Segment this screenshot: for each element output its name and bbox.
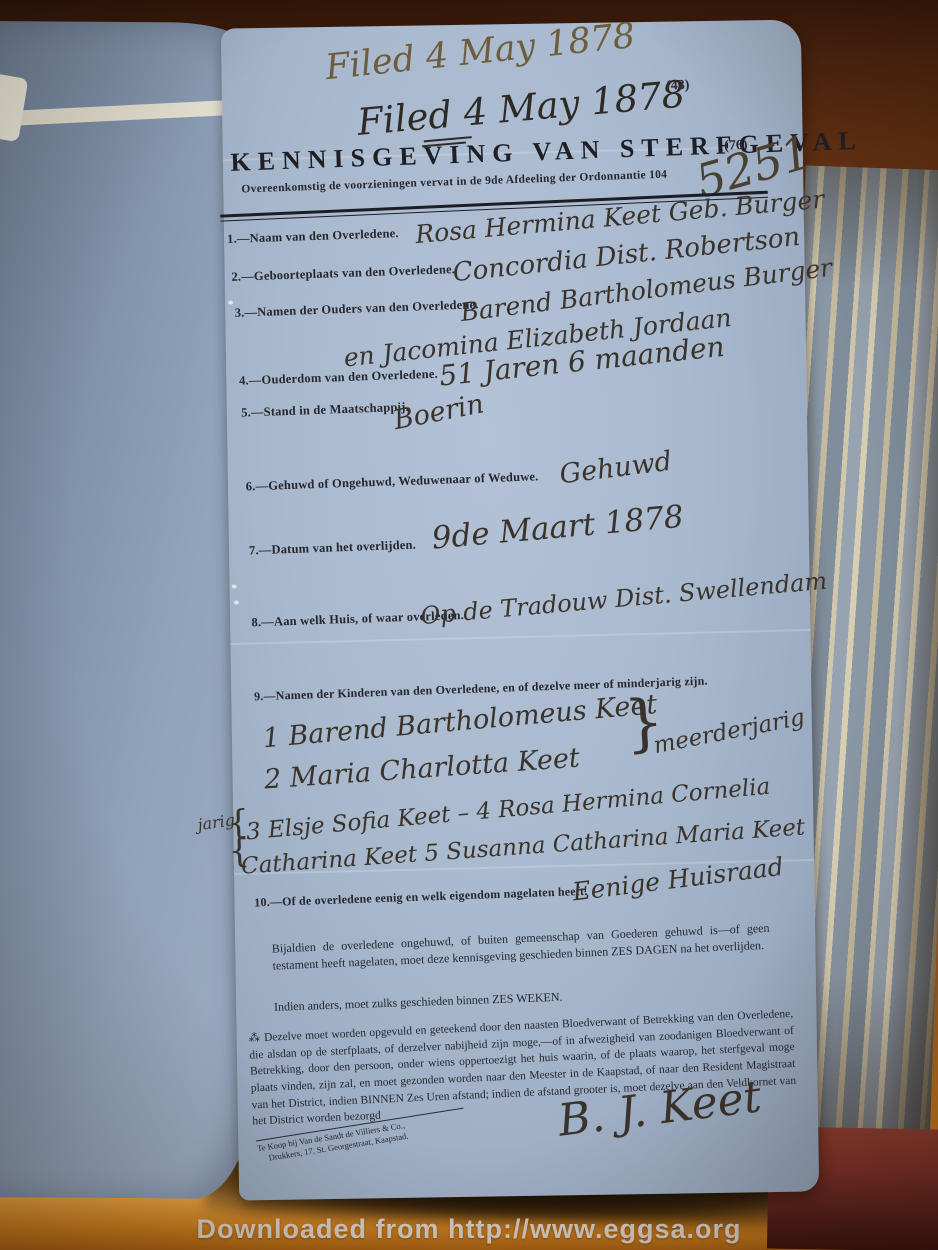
field-2-label: 2.—Geboorteplaats van den Overledene. [231,262,455,285]
field-5-label: 5.—Stand in de Maatschappij. [241,400,409,421]
field-6-label: 6.—Gehuwd of Ongehuwd, Weduwenaar of Wed… [246,469,539,494]
field-1-number: 1.— [227,231,250,246]
field-10-label: 10.—Of de overledene eenig en welk eigen… [254,884,588,911]
field-4-number: 4.— [239,373,262,388]
paper-edge-sliver [0,72,28,142]
watermark-url: Downloaded from http://www.eggsa.org [0,1214,938,1245]
field-3-number: 3.— [234,305,257,320]
field-8-number: 8.— [251,615,274,630]
field-1-text: Naam van den Overledene. [249,226,399,245]
field-6-answer: Gehuwd [558,448,673,489]
field-3-label: 3.—Namen der Ouders van den Overledene. [234,297,478,321]
field-7-answer: 9de Maart 1878 [431,502,685,555]
page-content: Filed 4 May 1878 (43) Filed 4 May 1878 K… [212,14,833,1206]
margin-brace: { [228,834,251,869]
field-7-text: Datum van het overlijden. [271,538,416,557]
field-7-number: 7.— [249,543,272,558]
child-2: 2 Maria Charlotta Keet [263,745,580,794]
field-2-text: Geboorteplaats van den Overledene. [254,262,456,283]
paper-stripe [0,99,246,127]
children-majority-note: meerderjarig [652,706,807,758]
field-6-text: Gehuwd of Ongehuwd, Weduwenaar of Weduwe… [268,469,539,492]
filed-annotation-back-page: Filed 4 May 1878 [324,19,637,86]
field-3-text: Namen der Ouders van den Overledene. [257,297,479,319]
field-1-label: 1.—Naam van den Overledene. [227,226,399,247]
field-7-label: 7.—Datum van het overlijden. [249,538,416,559]
field-5-answer: Boerin [392,390,486,434]
field-5-number: 5.— [241,405,264,420]
field-2-number: 2.— [231,269,254,284]
filed-annotation: Filed 4 May 1878 [356,75,687,141]
field-8-answer: Op de Tradouw Dist. Swellendam [420,569,828,628]
field-4-text: Ouderdom van den Overledene. [261,367,438,387]
field-9-number: 9.— [254,689,276,704]
footnote-marker: ⁂ [248,1032,261,1045]
death-notice-page: Filed 4 May 1878 (43) Filed 4 May 1878 K… [221,20,819,1201]
field-10-answer: Eenige Huisraad [571,854,785,905]
field-4-label: 4.—Ouderdom van den Overledene. [239,367,438,389]
field-6-number: 6.— [246,479,269,494]
field-10-text: Of de overledene eenig en welk eigendom … [282,884,588,909]
field-5-text: Stand in de Maatschappij. [263,400,409,419]
note-six-days: Bijaldien de overledene ongehuwd, of bui… [272,920,771,976]
photo-of-death-notice-register: Filed 4 May 1878 (43) Filed 4 May 1878 K… [0,0,938,1250]
field-10-number: 10.— [254,895,282,910]
